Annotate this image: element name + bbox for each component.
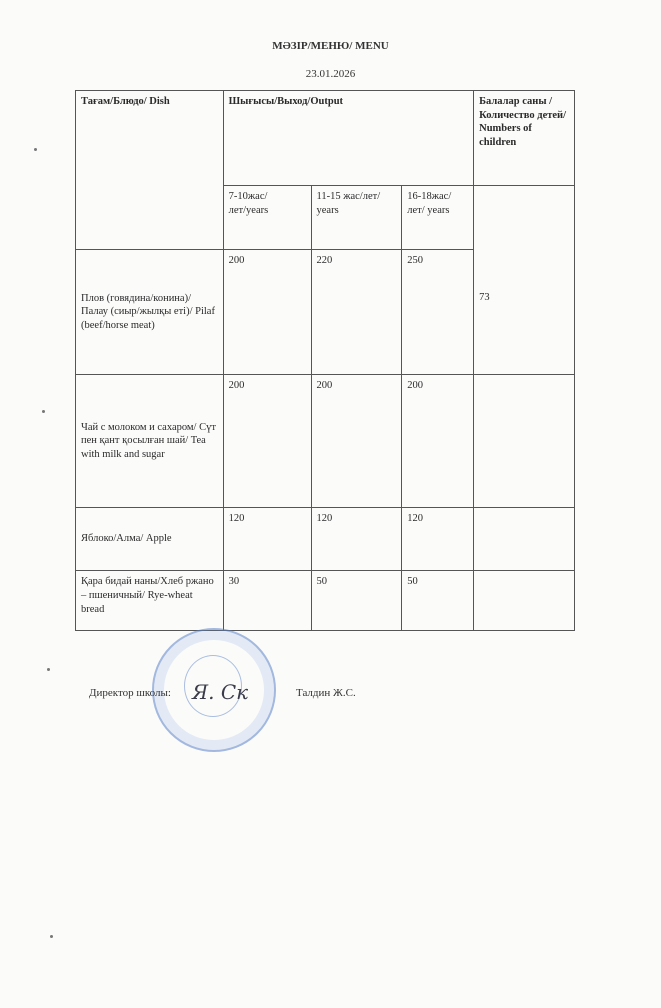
output-value: 200 (223, 375, 311, 508)
punch-mark-icon (47, 668, 50, 671)
dish-name: Чай с молоком и сахаром/ Сүт пен қант қо… (76, 375, 224, 508)
header-children: Балалар саны /Количество детей/ Numbers … (474, 91, 575, 186)
children-count: 73 (474, 186, 575, 375)
empty-cell (474, 508, 575, 571)
output-value: 120 (402, 508, 474, 571)
director-name: Талдин Ж.С. (296, 687, 356, 699)
output-value: 30 (223, 571, 311, 631)
output-value: 120 (311, 508, 402, 571)
header-output: Шығысы/Выход/Output (223, 91, 473, 186)
output-value: 200 (402, 375, 474, 508)
menu-table: Тағам/Блюдо/ Dish Шығысы/Выход/Output Ба… (75, 90, 575, 631)
punch-mark-icon (50, 935, 53, 938)
punch-mark-icon (34, 148, 37, 151)
output-value: 200 (223, 250, 311, 375)
document-date: 23.01.2026 (0, 68, 661, 80)
header-age-11-15: 11-15 жас/лет/ years (311, 186, 402, 250)
output-value: 50 (402, 571, 474, 631)
table-row: Қара бидай наны/Хлеб ржано – пшеничный/ … (76, 571, 575, 631)
output-value: 200 (311, 375, 402, 508)
signature-icon: Я. Ск (192, 680, 248, 704)
dish-name: Қара бидай наны/Хлеб ржано – пшеничный/ … (76, 571, 224, 631)
document-title: МӘЗІР/МЕНЮ/ MENU (0, 40, 661, 52)
output-value: 220 (311, 250, 402, 375)
output-value: 50 (311, 571, 402, 631)
header-dish: Тағам/Блюдо/ Dish (76, 91, 224, 250)
table-row: Чай с молоком и сахаром/ Сүт пен қант қо… (76, 375, 575, 508)
dish-name: Яблоко/Алма/ Apple (76, 508, 224, 571)
punch-mark-icon (42, 410, 45, 413)
empty-cell (474, 571, 575, 631)
director-label: Директор школы: (89, 687, 171, 699)
output-value: 120 (223, 508, 311, 571)
header-age-7-10: 7-10жас/лет/years (223, 186, 311, 250)
output-value: 250 (402, 250, 474, 375)
table-row: Яблоко/Алма/ Apple 120 120 120 (76, 508, 575, 571)
dish-name: Плов (говядина/конина)/ Палау (сиыр/жылқ… (76, 250, 224, 375)
empty-cell (474, 375, 575, 508)
header-age-16-18: 16-18жас/лет/ years (402, 186, 474, 250)
